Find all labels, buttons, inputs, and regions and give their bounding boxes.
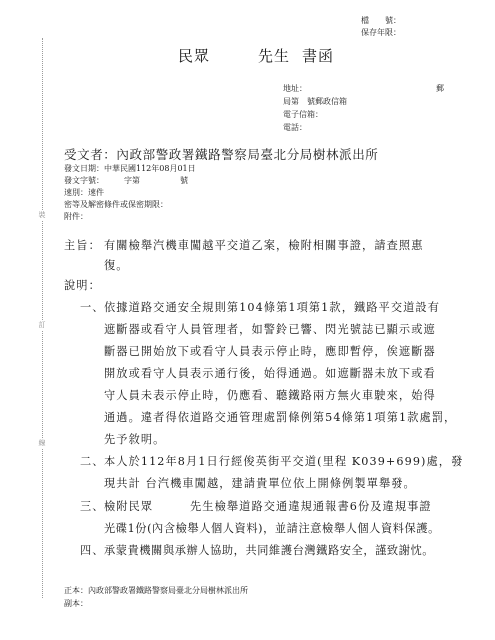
sender-po-box: 局第 號郵政信箱 xyxy=(283,96,347,109)
issue-date: 發文日期：中華民國112年08月01日 xyxy=(64,163,196,175)
file-number-label: 檔 號： xyxy=(361,15,401,26)
item-2-line: 現共計 台汽機車闖越，建請貴單位依上開條例製單舉發。 xyxy=(104,474,416,494)
title-doc-type: 書函 xyxy=(302,45,334,66)
item-2-line: 本人於112年8月1日行經俊英街平交道(里程 K039+699)處，發 xyxy=(104,452,463,472)
sender-address-label: 地址： xyxy=(283,83,307,96)
subject-line-1: 有關檢舉汽機車闖越平交道乙案，檢附相關事證，請查照惠 xyxy=(104,236,423,256)
subject-label: 主旨： xyxy=(64,236,101,256)
binding-label-bind: 裝 xyxy=(37,210,47,220)
item-2-marker: 二、 xyxy=(80,452,105,472)
subject-line-2: 復。 xyxy=(104,256,129,276)
sender-postal-suffix: 郵 xyxy=(436,83,444,96)
item-1-marker: 一、 xyxy=(80,298,105,318)
title-honorific: 先生 xyxy=(258,45,290,66)
item-1-line: 開放或看守人員表示通行後，始得通過。如遮斷器未放下或看 xyxy=(104,364,436,384)
delivery-speed: 速別：速件 xyxy=(64,187,104,199)
explanation-label: 說明： xyxy=(64,276,101,296)
recipient-line: 受文者：內政部警政署鐵路警察局臺北分局樹林派出所 xyxy=(64,145,378,163)
original-copy: 正本：內政部警政署鐵路警察局臺北分局樹林派出所 xyxy=(64,585,248,598)
recipient-label: 受文者： xyxy=(64,147,116,162)
recipient-name: 內政部警政署鐵路警察局臺北分局樹林派出所 xyxy=(116,147,378,162)
item-1-line: 斷器已開始放下或看守人員表示停止時，應即暫停，俟遮斷器 xyxy=(104,342,436,362)
item-1-line: 通過。違者得依道路交通管理處罰條例第54條第1項第1款處罰， xyxy=(104,408,456,428)
retention-period-label: 保存年限： xyxy=(361,27,401,38)
sender-phone-label: 電話： xyxy=(283,122,307,135)
attachments: 附件： xyxy=(64,211,88,223)
item-1-line: 先予敘明。 xyxy=(104,430,165,450)
item-3-line: 檢附民眾 先生檢舉道路交通違規通報書6份及違規事證 xyxy=(104,497,432,517)
binding-label-line: 線 xyxy=(37,438,47,448)
item-1-line: 守人員未表示停止時，仍應看、聽鐵路兩方無火車駛來，始得 xyxy=(104,386,436,406)
duplicate-copy: 副本： xyxy=(64,598,88,611)
item-3-line: 光碟1份(內含檢舉人個人資料)，並請注意檢舉人個人資料保護。 xyxy=(104,519,440,539)
binding-line xyxy=(42,38,43,598)
secrecy-level: 密等及解密條件或保密期限： xyxy=(64,199,168,211)
item-1-line: 依據道路交通安全規則第104條第1項第1款，鐵路平交道設有 xyxy=(104,298,440,318)
issue-number: 發文字號： 字第 號 xyxy=(64,175,188,187)
sender-email-label: 電子信箱： xyxy=(283,109,323,122)
item-3-marker: 三、 xyxy=(80,497,105,517)
item-1-line: 遮斷器或看守人員管理者，如警鈴已響、閃光號誌已顯示或遮 xyxy=(104,320,436,340)
item-4-marker: 四、 xyxy=(80,541,105,561)
title-addressee: 民眾 xyxy=(178,45,210,66)
binding-label-staple: 訂 xyxy=(37,320,47,330)
item-4-line: 承蒙貴機關與承辦人協助，共同維護台灣鐵路安全，謹致謝忱。 xyxy=(104,541,434,561)
